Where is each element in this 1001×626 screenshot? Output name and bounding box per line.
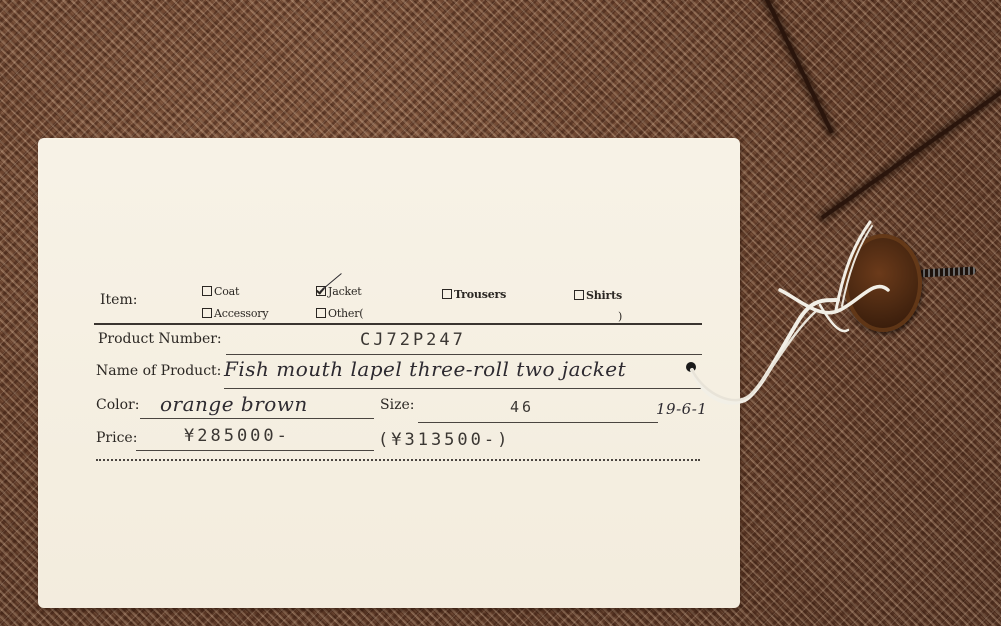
bottom-dotted-divider xyxy=(96,459,700,461)
option-shirts: Shirts xyxy=(574,289,622,302)
option-other: Other( xyxy=(316,307,363,320)
size-value: 46 xyxy=(510,398,534,416)
other-close-paren: ) xyxy=(618,310,622,323)
date-note: 19-6-1 xyxy=(656,400,707,418)
product-number-line xyxy=(226,354,702,355)
item-label: Item: xyxy=(100,292,137,308)
size-line xyxy=(418,422,658,423)
product-name-label: Name of Product: xyxy=(96,363,221,379)
checkbox-accessory xyxy=(202,308,212,318)
size-label: Size: xyxy=(380,397,414,413)
item-divider xyxy=(94,323,702,325)
tag-hole xyxy=(686,362,696,372)
price-line xyxy=(136,450,374,451)
price-tax-included: (¥313500-) xyxy=(378,430,510,450)
product-number-label: Product Number: xyxy=(98,331,222,347)
option-accessory: Accessory xyxy=(202,307,268,320)
checkbox-shirts xyxy=(574,290,584,300)
option-trousers: Trousers xyxy=(442,288,506,301)
checkbox-other xyxy=(316,308,326,318)
product-name-line xyxy=(224,388,702,389)
color-value: orange brown xyxy=(160,392,308,416)
color-line xyxy=(140,418,374,419)
coat-button xyxy=(844,234,924,334)
option-coat: Coat xyxy=(202,285,239,298)
color-label: Color: xyxy=(96,397,139,413)
product-number-value: CJ72P247 xyxy=(360,330,466,350)
checkbox-coat xyxy=(202,286,212,296)
price-value: ¥285000- xyxy=(184,426,290,446)
product-name-value: Fish mouth lapel three-roll two jacket xyxy=(224,357,626,381)
price-tag-card: Item: Coat Accessory Jacket Other( Trous… xyxy=(38,138,740,608)
checkbox-trousers xyxy=(442,289,452,299)
price-label: Price: xyxy=(96,430,137,446)
